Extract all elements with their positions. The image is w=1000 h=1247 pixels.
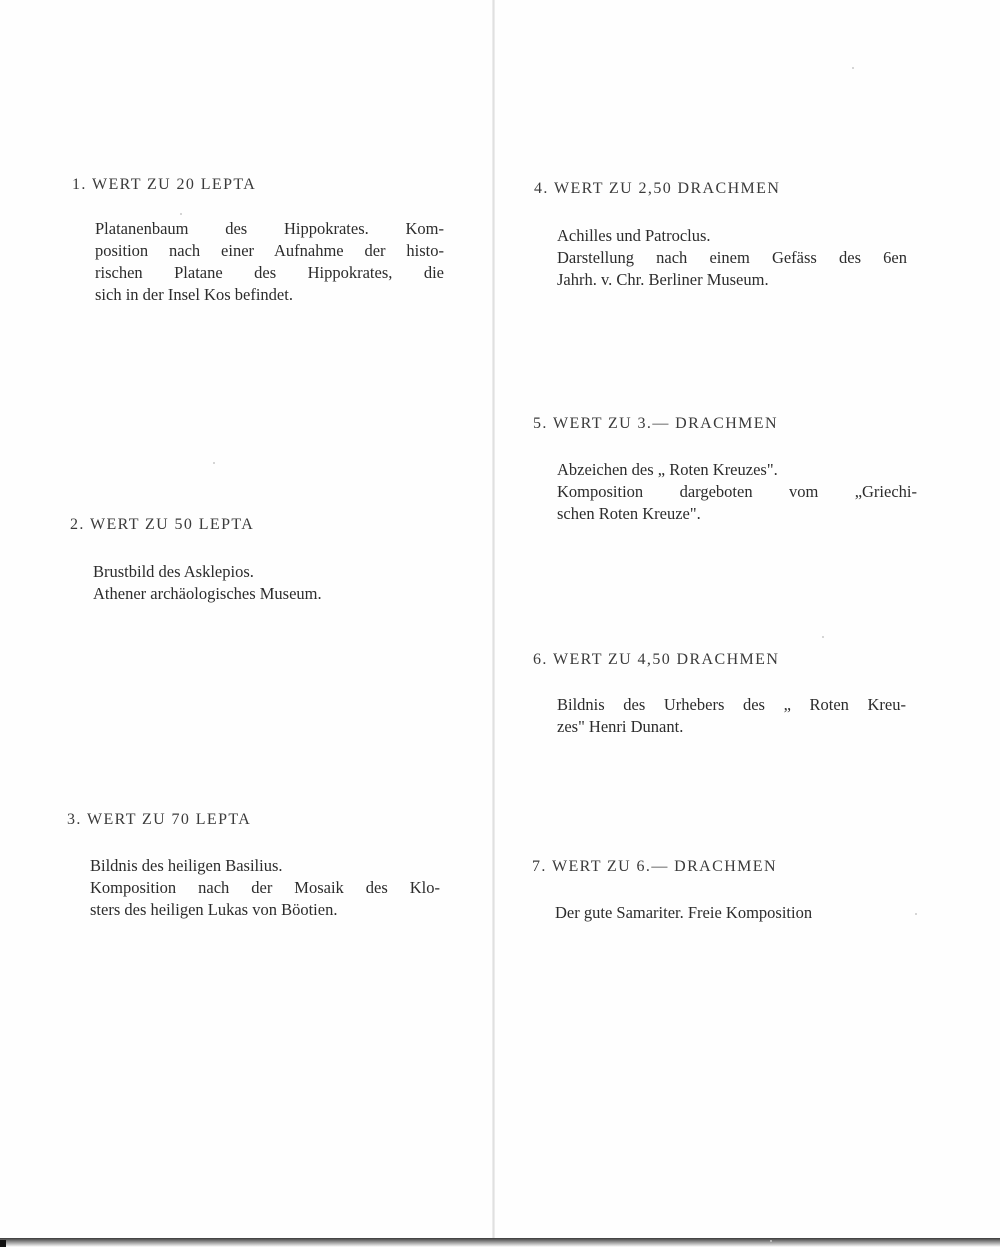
scan-speck — [213, 462, 215, 464]
stamp-heading-2: 2. WERT ZU 50 LEPTA — [70, 516, 254, 534]
stamp-heading-5: 5. WERT ZU 3.— DRACHMEN — [533, 415, 778, 433]
stamp-description-7: Der gute Samariter. Freie Komposition — [555, 902, 905, 924]
stamp-heading-1: 1. WERT ZU 20 LEPTA — [72, 176, 256, 194]
scan-speck — [770, 1240, 772, 1242]
stamp-description-6: Bildnis des Urhebers des „ Roten Kreu- z… — [557, 694, 906, 738]
scan-speck — [822, 636, 824, 638]
stamp-entry-7: 7. WERT ZU 6.— DRACHMEN — [532, 858, 777, 876]
stamp-description-2: Brustbild des Asklepios. Athener archäol… — [93, 561, 393, 605]
stamp-description-5: Abzeichen des „ Roten Kreuzes". Komposit… — [557, 459, 917, 525]
stamp-description-1: Platanenbaum des Hippokrates. Kom- posit… — [95, 218, 444, 306]
stamp-entry-1: 1. WERT ZU 20 LEPTA — [72, 176, 256, 194]
scan-speck — [180, 213, 182, 215]
scan-bottom-edge — [0, 1238, 1000, 1247]
stamp-heading-7: 7. WERT ZU 6.— DRACHMEN — [532, 858, 777, 876]
scan-speck — [852, 67, 854, 69]
stamp-description-3: Bildnis des heiligen Basilius. Kompositi… — [90, 855, 440, 921]
stamp-entry-2: 2. WERT ZU 50 LEPTA — [70, 516, 254, 534]
page-fold — [492, 0, 495, 1240]
stamp-entry-6: 6. WERT ZU 4,50 DRACHMEN — [533, 651, 779, 669]
stamp-entry-5: 5. WERT ZU 3.— DRACHMEN — [533, 415, 778, 433]
stamp-heading-4: 4. WERT ZU 2,50 DRACHMEN — [534, 180, 780, 198]
scan-speck — [915, 913, 917, 915]
stamp-heading-6: 6. WERT ZU 4,50 DRACHMEN — [533, 651, 779, 669]
stamp-entry-3: 3. WERT ZU 70 LEPTA — [67, 811, 251, 829]
stamp-entry-4: 4. WERT ZU 2,50 DRACHMEN — [534, 180, 780, 198]
stamp-heading-3: 3. WERT ZU 70 LEPTA — [67, 811, 251, 829]
stamp-description-4: Achilles und Patroclus. Darstellung nach… — [557, 225, 907, 291]
scan-corner-mark — [0, 1240, 6, 1247]
